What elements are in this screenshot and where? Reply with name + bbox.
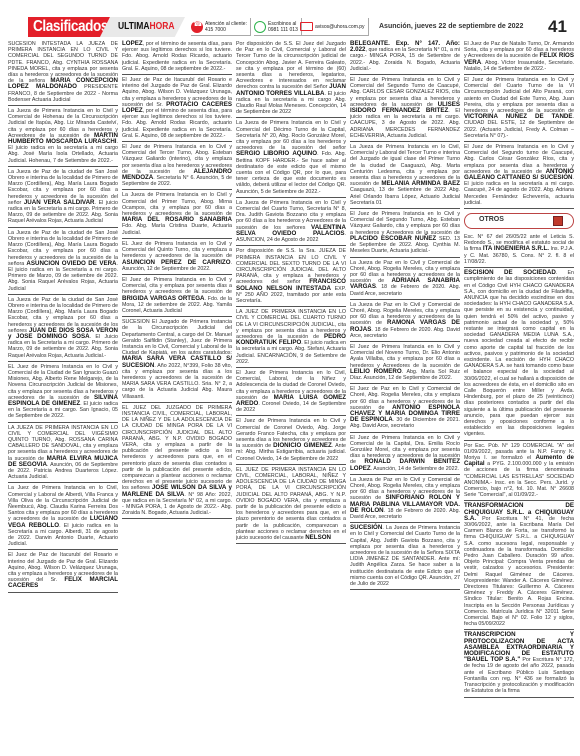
notice-text: EL JUEZ DE PRIMERA INSTANCIA EN LO CIVIL…: [236, 467, 346, 541]
legal-notice: La Jueza de Paz en lo Civil y Comercial …: [350, 301, 460, 342]
notice-name: MELANIA ARMINDA BAEZ: [381, 180, 460, 187]
otros-label: OTROS: [479, 217, 504, 223]
legal-notice: SUCESION El Juzgado de Primera Instancia…: [122, 318, 232, 403]
legal-notice: TRANSFORMACION DE CHIQUIGUAY S.R.L. a CH…: [464, 502, 574, 630]
column-3: Por disposición de S.S. El Juez del Juzg…: [236, 40, 346, 756]
legal-notice: El Juez de Primera Instancia en lo Civil…: [236, 417, 346, 464]
legal-notice: El Juez de Paz en lo Civil y Comercial d…: [350, 385, 460, 432]
notice-text: . En cumplimiento de las disposiciones c…: [464, 270, 574, 437]
legal-notice: La Jueza de Primera Instancia en lo Civi…: [236, 119, 346, 197]
section-banner: Clasificados: [28, 17, 110, 37]
notice-text: El Juez de Primera Instancia en lo Civil…: [350, 211, 460, 236]
notice-text: . Fdo. Abg. Bettina KOPF HARDER.- Se hac…: [236, 151, 346, 194]
notice-text: . Abog. Víctor Insaurralde, Secretario. …: [464, 60, 574, 72]
legal-notice: La Jueza de Primera Instancia en lo Civi…: [236, 199, 346, 246]
notice-name: PLACIDO ESCOBAR NUÑEZ: [350, 235, 436, 242]
column-2: LOPEZ, por el término de sesenta días, p…: [122, 40, 232, 756]
legal-notice: EL Juez de Primera Instancia en lo Civil…: [8, 363, 118, 423]
contact-email-link[interactable]: avisos@uhora.com.py: [315, 24, 365, 30]
publication-date: Asunción, jueves 22 de septiembre de 202…: [379, 23, 523, 30]
legal-notice: Esc. N° 67 del 26/05/22 ante el Leticia …: [464, 233, 574, 268]
notice-name: BRIGIDA VARGAS ORTEGA: [122, 295, 204, 302]
column-1: SUCESION INTESTADA LA JUEZA DE PRIMERA I…: [8, 40, 118, 756]
notice-name: LOPEZ: [122, 40, 143, 47]
notice-text: Por Escritura N° 172, de fecha 19 de ago…: [464, 657, 574, 694]
notice-name: SERGIO LIBORIO AQUINO: [236, 150, 317, 157]
notice-name: NELSON: [305, 534, 331, 541]
legal-notice: La Juez de Primera Instancia en lo Civil…: [8, 484, 118, 550]
notice-name: SUCESIÓN: [350, 524, 382, 531]
section-title: Clasificados: [33, 18, 108, 36]
contact-whatsapp: Escribinos al0981 111 013: [254, 18, 302, 36]
notice-name: ESCISION DE SOCIEDAD: [464, 269, 556, 276]
legal-notice: EL JUEZ DEL JUZGADO DE PRIMERA INSTANCIA…: [122, 404, 232, 520]
legal-notice: Por disposición de S.S. El Juez del Juzg…: [236, 40, 346, 118]
notice-text: La Jueza de Primera Instancia en lo Civi…: [122, 192, 232, 217]
legal-notice: LOPEZ, por el término de sesenta días, p…: [122, 40, 232, 75]
notice-name: LEILIO ROMERO: [350, 368, 402, 375]
legal-notice: BELEGANTE. Exp. N° 147. Año: 2.022, que …: [350, 40, 460, 75]
legal-notice: La Jueza de Paz en lo Civil y Comercial …: [350, 259, 460, 300]
contact-phone: Atención al cliente:415 7000: [191, 18, 251, 36]
notice-name: VICTORINA NUÑEZ DE TANDE: [464, 113, 573, 120]
legal-notice: EL Juez de Primera Instancia en lo Civil…: [122, 240, 232, 275]
notice-text: SUCESION El Juzgado de Primera Instancia…: [122, 319, 232, 356]
contact-whatsapp-value: 0981 111 013: [268, 27, 298, 33]
mail-icon: [300, 22, 313, 31]
column-4: BELEGANTE. Exp. N° 147. Año: 2.022, que …: [350, 40, 460, 756]
page-header: Clasificados ULTIMAHORA Atención al clie…: [0, 14, 580, 40]
whatsapp-icon: [254, 21, 266, 33]
contact-email[interactable]: avisos@uhora.com.py: [300, 18, 369, 36]
notice-text: , que radica en la Secretaría N° 01, a m…: [350, 47, 460, 72]
otros-icon: [553, 216, 563, 226]
legal-notice: La Jueza de Paz de la ciudad de San José…: [8, 168, 118, 228]
legal-notice: El Juez de Primera Instancia en lo Civil…: [236, 369, 346, 416]
legal-notice: Por disposición de S.S. la Sra. JUEZA DE…: [236, 247, 346, 307]
legal-notice: El Juez de Paz de Itacurubí del Rosario …: [122, 76, 232, 142]
legal-notice: El Juez de Primera Instancia en lo Civil…: [350, 210, 460, 257]
notice-name: JUAN VERA SALDIVAR: [24, 199, 95, 206]
legal-notice: La Jueza de Paz en lo Civil y Comercial …: [350, 476, 460, 523]
notice-text: . La Jueza de Primera Instancia en lo Ci…: [350, 525, 460, 587]
legal-notice: El Juez de Primera Instancia en lo Civil…: [464, 143, 574, 209]
legal-notice: El Juez de Primera Instancia en lo Civil…: [122, 276, 232, 317]
classifieds-columns: SUCESION INTESTADA LA JUEZA DE PRIMERA I…: [8, 40, 574, 756]
notice-text: Fdo. Abg. María Cristina Duarte, Actuari…: [122, 223, 232, 235]
legal-notice: El Juez de Primera Instancia en lo Civil…: [350, 343, 460, 384]
notice-text: Por Escritura N° 41, de fecha 30/06/2022…: [464, 516, 574, 627]
brand-banner: ULTIMAHORA: [100, 17, 185, 37]
legal-notice: LA JUEZ DE PRIMERA INSTANCIA EN LO CIVIL…: [236, 308, 346, 368]
column-5: El Juez de Paz de Natalio Turno, Dr. Arm…: [464, 40, 574, 756]
legal-notice: El Juez de Paz de Itacurubí del Rosario …: [8, 551, 118, 592]
notice-text: El Juez de Primera Instancia en lo Civil…: [122, 277, 232, 295]
notice-text: . Asunción, 14 de Setiembre de 2022.: [371, 466, 459, 472]
legal-notice: ESCISION DE SOCIEDAD. En cumplimiento de…: [464, 269, 574, 440]
section-otros-header: OTROS: [464, 213, 574, 229]
phone-icon: [191, 21, 203, 33]
legal-notice: El Juez de Primera Instancia en lo Civil…: [350, 76, 460, 142]
legal-notice: El Juez de Primera Instancia en lo Civil…: [350, 434, 460, 475]
legal-notice: SUCESIÓN. La Jueza de Primera Instancia …: [350, 524, 460, 590]
legal-notice: La Jueza de Primera Instancia en lo Civi…: [350, 143, 460, 209]
legal-notice: Por Esc. Púb. N° 129 COMERCIAL "A" del 0…: [464, 442, 574, 502]
notice-name: ITA INGENIERIA S.R.L.: [483, 245, 549, 252]
notice-text: El Juez de Primera Instancia en lo Civil…: [464, 77, 574, 114]
legal-notice: LA JUEZA DE PRIMERA INSTANCIA EN LO CIVI…: [8, 424, 118, 484]
notice-name: DIONICIO GIMENEZ: [273, 442, 332, 449]
notice-name: ASUNCION PEREZ DE CARRIZO: [122, 259, 231, 266]
notice-text: La Jueza de Primera Instancia en lo Civi…: [236, 120, 346, 151]
page-number: 41: [548, 17, 567, 37]
notice-text: Caaguazú, 13 de Setiembre de 2022 Abg. A…: [350, 187, 460, 205]
notice-text: a PYG. 2.100.000.000 y la emisión de acc…: [464, 461, 574, 498]
legal-notice: El Juez de Primera Instancia en lo Civil…: [464, 76, 574, 142]
notice-text: . Año 2022, N°399, Folio 38 vlto, cita y…: [122, 363, 232, 400]
notice-name: MARIA DEL ROSARIO SANABRIA: [122, 216, 232, 223]
legal-notice: La Jueza de Paz de la ciudad de San José…: [8, 296, 118, 362]
notice-name: ASUNCION OVIEDO DE VERA: [26, 260, 116, 267]
contact-phone-value: 415 7000: [205, 27, 226, 33]
legal-notice: La Jueza de Primera Instancia en lo Civi…: [122, 191, 232, 238]
legal-notice: EL JUEZ DE PRIMERA INSTANCIA EN LO CIVIL…: [236, 466, 346, 544]
legal-notice: La Jueza de Primera Instancia en lo Civi…: [8, 107, 118, 167]
legal-notice: La Jueza de Paz de la ciudad de San José…: [8, 229, 118, 295]
legal-notice: El Juez de Paz de Natalio Turno, Dr. Arm…: [464, 40, 574, 75]
ultimahora-logo: ULTIMAHORA: [118, 21, 175, 32]
notice-text: El Juez de Primera Instancia en lo Civil…: [350, 344, 460, 369]
legal-notice: TRANSCRIPCION Y PROTOCOLIZACION DE ACTA …: [464, 631, 574, 697]
legal-notice: SUCESION INTESTADA LA JUEZA DE PRIMERA I…: [8, 40, 118, 106]
legal-notice: El Juez de Primera Instancia en lo Civil…: [122, 143, 232, 190]
notice-text: EL Juez de Primera Instancia en lo Civil…: [122, 241, 232, 259]
notice-text: EL JUEZ DEL JUZGADO DE PRIMERA INSTANCIA…: [122, 405, 232, 492]
